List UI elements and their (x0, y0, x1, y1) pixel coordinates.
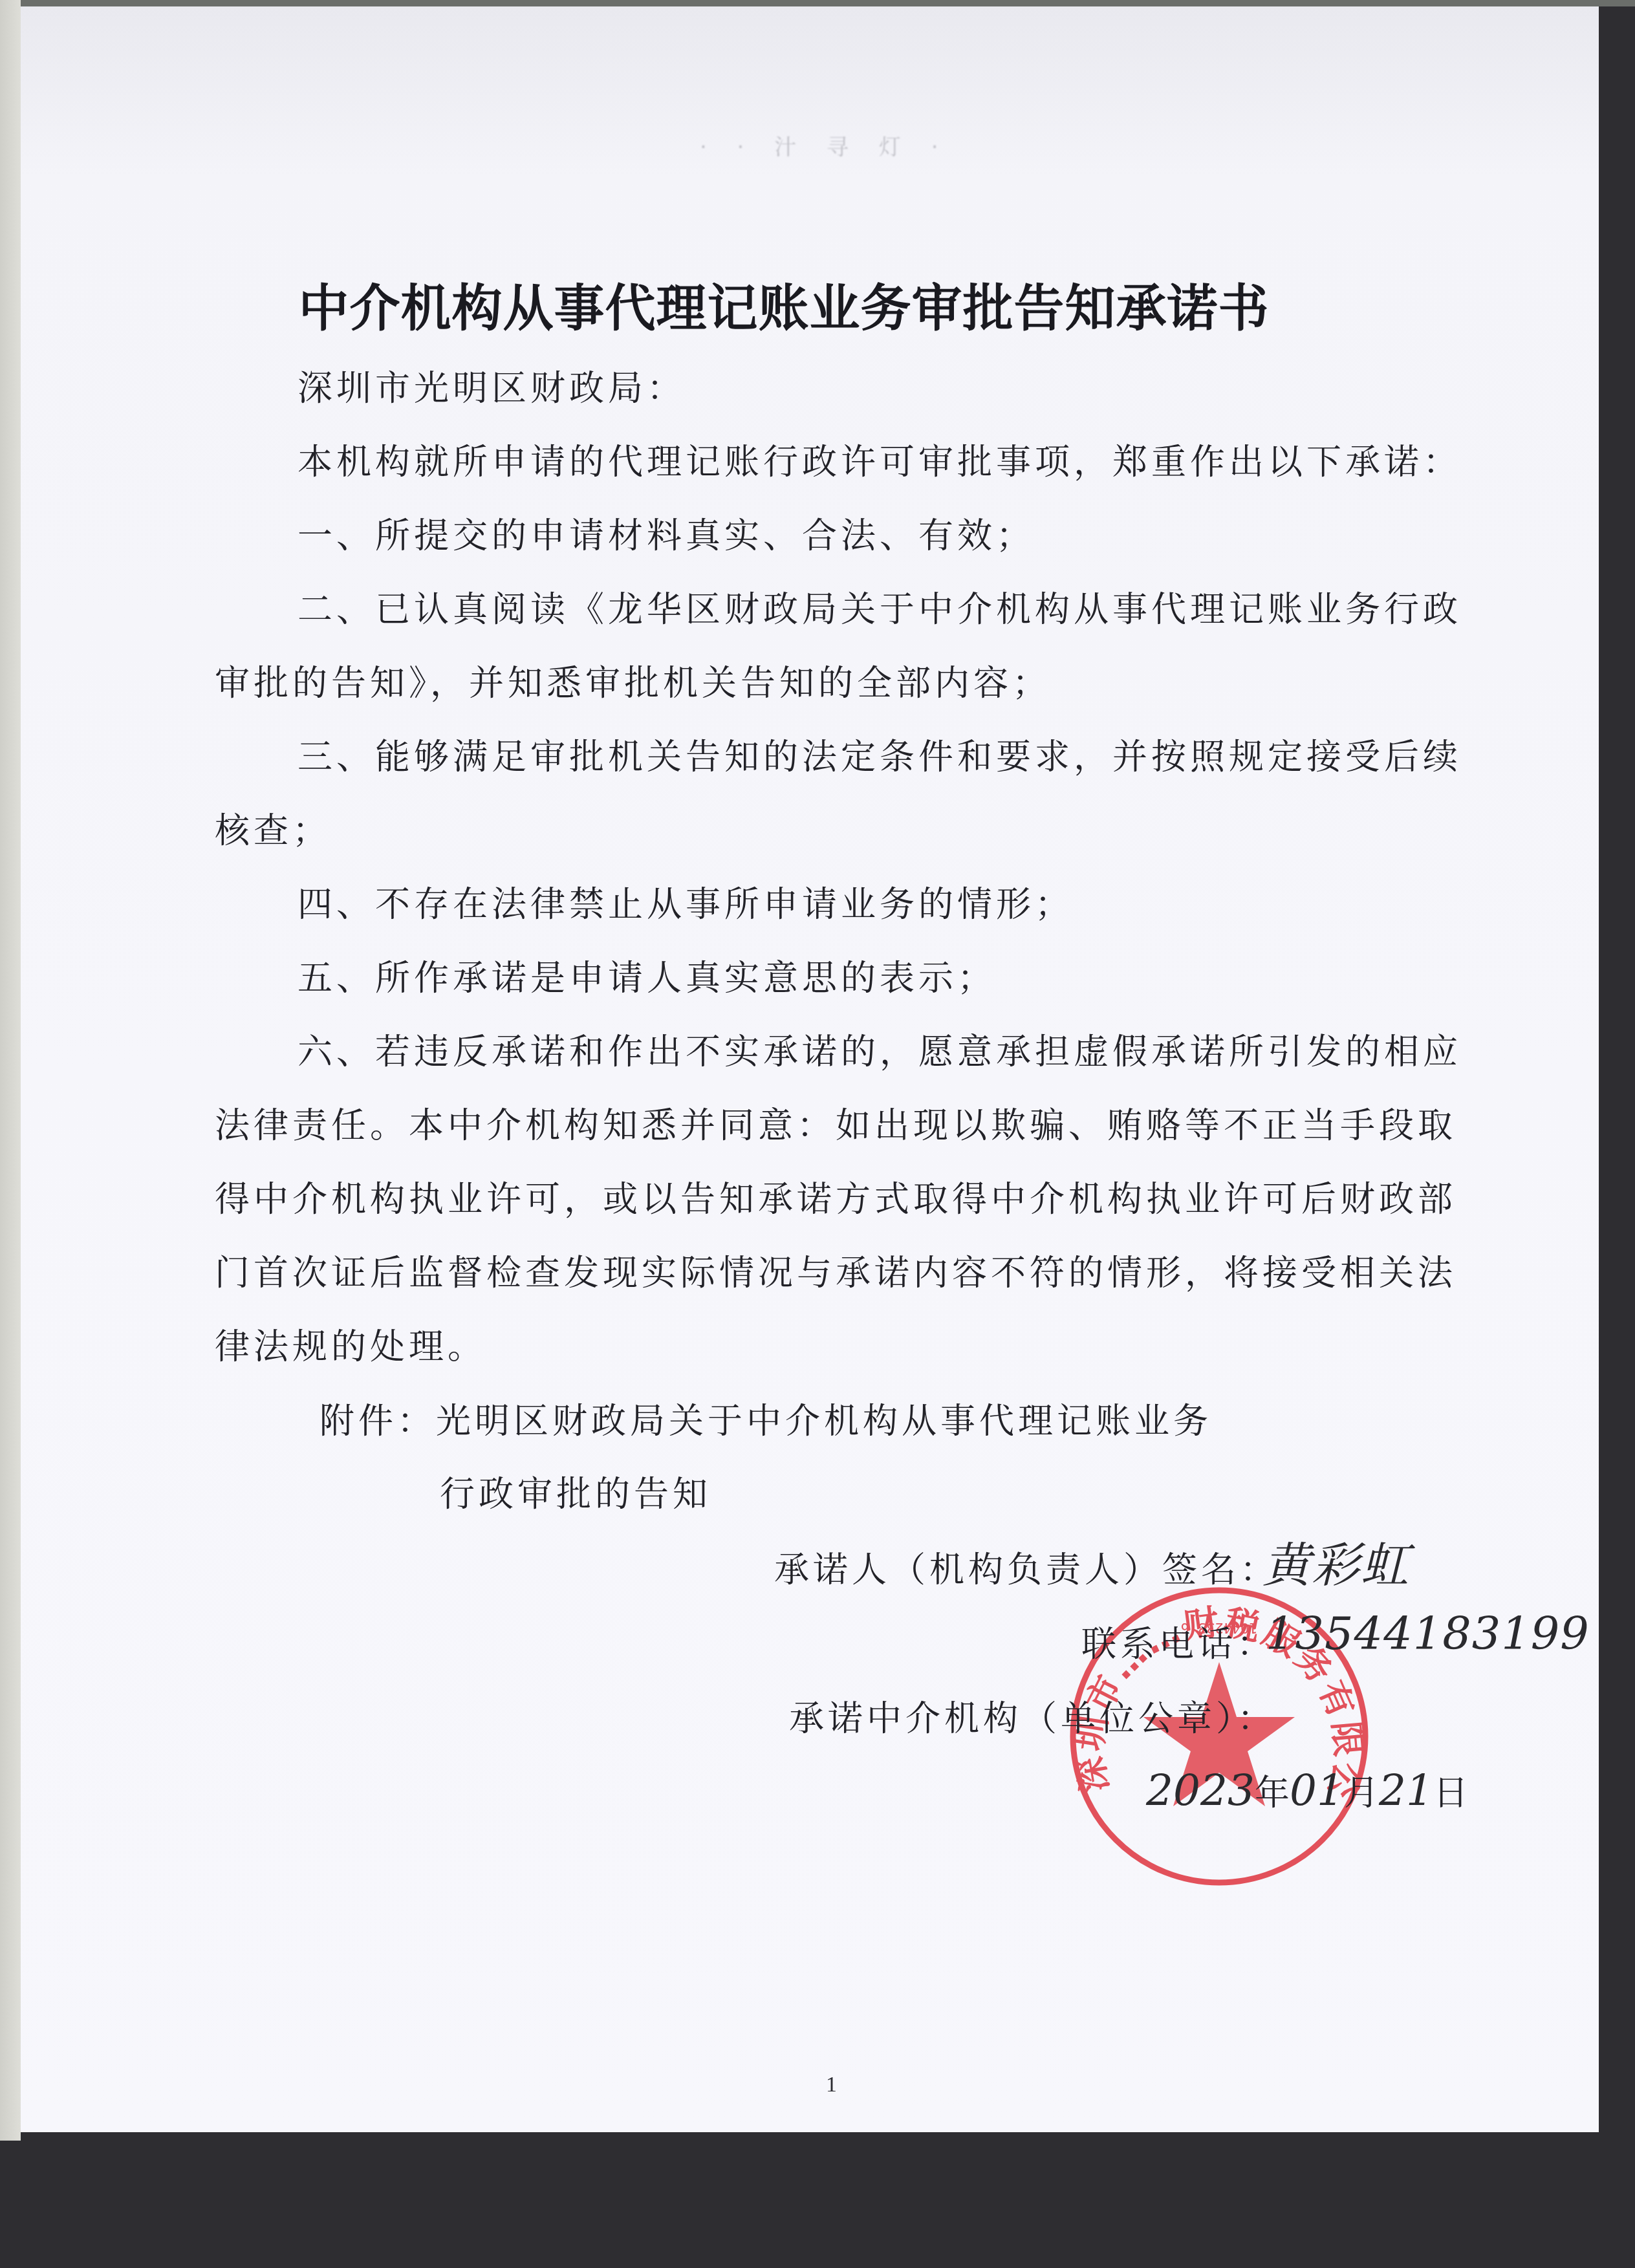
date-day-suffix: 日 (1433, 1773, 1468, 1813)
date-day: 21 (1379, 1766, 1433, 1815)
commitment-line-2a: 二、已认真阅读《龙华区财政局关于中介机构从事代理记账业务行政 (298, 582, 1462, 632)
scan-edge-left (0, 0, 21, 2141)
document-page: · · 汁 寻 灯 · · · · 中介机构从事代理记账业务审批告知承诺书 深圳… (21, 6, 1599, 2132)
attachment-line-1: 附件：光明区财政局关于中介机构从事代理记账业务 (319, 1394, 1212, 1443)
commitment-line-2b: 审批的告知》，并知悉审批机关告知的全部内容； (215, 656, 1051, 706)
commitment-line-3b: 核查； (215, 803, 331, 853)
date-month: 01 (1290, 1766, 1344, 1815)
attachment-line-2: 行政审批的告知 (440, 1467, 711, 1517)
commitment-line-6b: 法律责任。本中介机构知悉并同意：如出现以欺骗、贿赂等不正当手段取 (215, 1098, 1456, 1148)
commitment-line-6d: 门首次证后监督检查发现实际情况与承诺内容不符的情形，将接受相关法 (215, 1246, 1456, 1295)
commitment-line-6c: 得中介机构执业许可，或以告知承诺方式取得中介机构执业许可后财政部 (215, 1172, 1456, 1222)
commitment-line-6a: 六、若违反承诺和作出不实承诺的，愿意承担虚假承诺所引发的相应 (298, 1024, 1462, 1074)
phone-label: 联系电话： (1081, 1617, 1275, 1667)
signer-label: 承诺人（机构负责人）签名： (774, 1542, 1279, 1592)
faint-bleedthrough-mark: · · 汁 寻 灯 · (700, 129, 971, 155)
signer-signature: 黄彩虹 (1262, 1528, 1410, 1596)
scan-edge-top (0, 0, 1635, 6)
date-month-suffix: 月 (1344, 1773, 1379, 1813)
intro-paragraph: 本机构就所申请的代理记账行政许可审批事项，郑重作出以下承诺： (298, 435, 1462, 484)
document-title: 中介机构从事代理记账业务审批告知承诺书 (21, 268, 1599, 341)
phone-number-handwritten: 13544183199 (1266, 1607, 1590, 1660)
signing-date: 2023年01月21日 (1146, 1766, 1468, 1815)
page-number: 1 (826, 2073, 837, 2097)
commitment-line-5: 五、所作承诺是申请人真实意思的表示； (298, 951, 996, 1000)
date-year-suffix: 年 (1255, 1773, 1290, 1813)
org-seal-label: 承诺中介机构（单位公章）： (789, 1691, 1276, 1741)
date-year: 2023 (1146, 1766, 1255, 1815)
addressee: 深圳市光明区财政局： (298, 361, 686, 411)
commitment-line-6e: 律法规的处理。 (215, 1319, 486, 1369)
commitment-line-1: 一、所提交的申请材料真实、合法、有效； (298, 508, 1035, 558)
commitment-line-4: 四、不存在法律禁止从事所申请业务的情形； (298, 877, 1074, 927)
commitment-line-3a: 三、能够满足审批机关告知的法定条件和要求，并按照规定接受后续 (298, 729, 1462, 779)
